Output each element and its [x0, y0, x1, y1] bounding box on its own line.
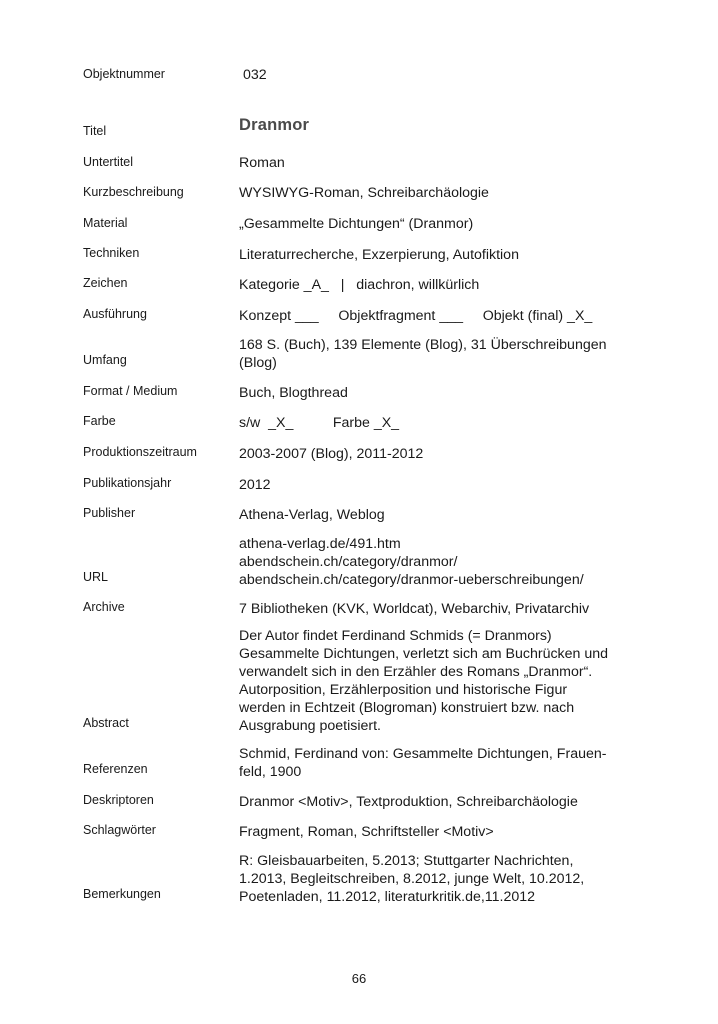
field-value: „Gesammelte Dichtungen“ (Dranmor) [239, 215, 639, 233]
field-label: Publikationsjahr [83, 476, 171, 491]
field-label: Format / Medium [83, 384, 177, 399]
field-value: WYSIWYG-Roman, Schreibarchäologie [239, 184, 639, 202]
field-value: s/w _X_ Farbe _X_ [239, 414, 639, 432]
field-label: Untertitel [83, 155, 133, 170]
field-value: athena-verlag.de/491.htm abendschein.ch/… [239, 535, 679, 589]
field-label: URL [83, 570, 108, 585]
field-value: Athena-Verlag, Weblog [239, 506, 639, 524]
field-label: Umfang [83, 353, 127, 368]
field-value: R: Gleisbauarbeiten, 5.2013; Stuttgarter… [239, 852, 679, 906]
field-label: Abstract [83, 716, 129, 731]
field-label: Archive [83, 600, 125, 615]
field-label: Titel [83, 124, 106, 139]
field-value: Konzept ___ Objektfragment ___ Objekt (f… [239, 307, 679, 325]
field-value: Schmid, Ferdinand von: Gesammelte Dichtu… [239, 745, 679, 781]
field-label: Techniken [83, 246, 139, 261]
field-value: 032 [243, 66, 643, 84]
title-value: Dranmor [239, 116, 639, 134]
field-value: Fragment, Roman, Schriftsteller <Motiv> [239, 823, 639, 841]
field-value: Kategorie _A_ | diachron, willkürlich [239, 276, 639, 294]
field-value: Der Autor findet Ferdinand Schmids (= Dr… [239, 627, 679, 735]
page-number: 66 [0, 971, 718, 986]
field-value: Dranmor <Motiv>, Textproduktion, Schreib… [239, 793, 679, 811]
url-link[interactable]: abendschein.ch/category/dranmor-uebersch… [239, 571, 679, 589]
field-label: Kurzbeschreibung [83, 185, 184, 200]
field-label: Material [83, 216, 127, 231]
field-value: Literaturrecherche, Exzerpierung, Autofi… [239, 246, 639, 264]
url-link[interactable]: athena-verlag.de/491.htm [239, 535, 679, 553]
field-value: Roman [239, 154, 639, 172]
field-value: 168 S. (Buch), 139 Elemente (Blog), 31 Ü… [239, 336, 679, 372]
url-link[interactable]: abendschein.ch/category/dranmor/ [239, 553, 679, 571]
field-value: 2012 [239, 476, 639, 494]
field-value: Buch, Blogthread [239, 384, 639, 402]
field-label: Ausführung [83, 307, 147, 322]
field-label: Publisher [83, 506, 135, 521]
field-label: Referenzen [83, 762, 148, 777]
field-label: Schlagwörter [83, 823, 156, 838]
field-label: Objektnummer [83, 67, 165, 82]
field-value: 2003-2007 (Blog), 2011-2012 [239, 445, 639, 463]
field-label: Bemerkungen [83, 887, 161, 902]
field-label: Zeichen [83, 276, 127, 291]
field-label: Produktionszeitraum [83, 445, 197, 460]
field-label: Deskriptoren [83, 793, 154, 808]
field-value: 7 Bibliotheken (KVK, Worldcat), Webarchi… [239, 600, 679, 618]
field-label: Farbe [83, 414, 116, 429]
